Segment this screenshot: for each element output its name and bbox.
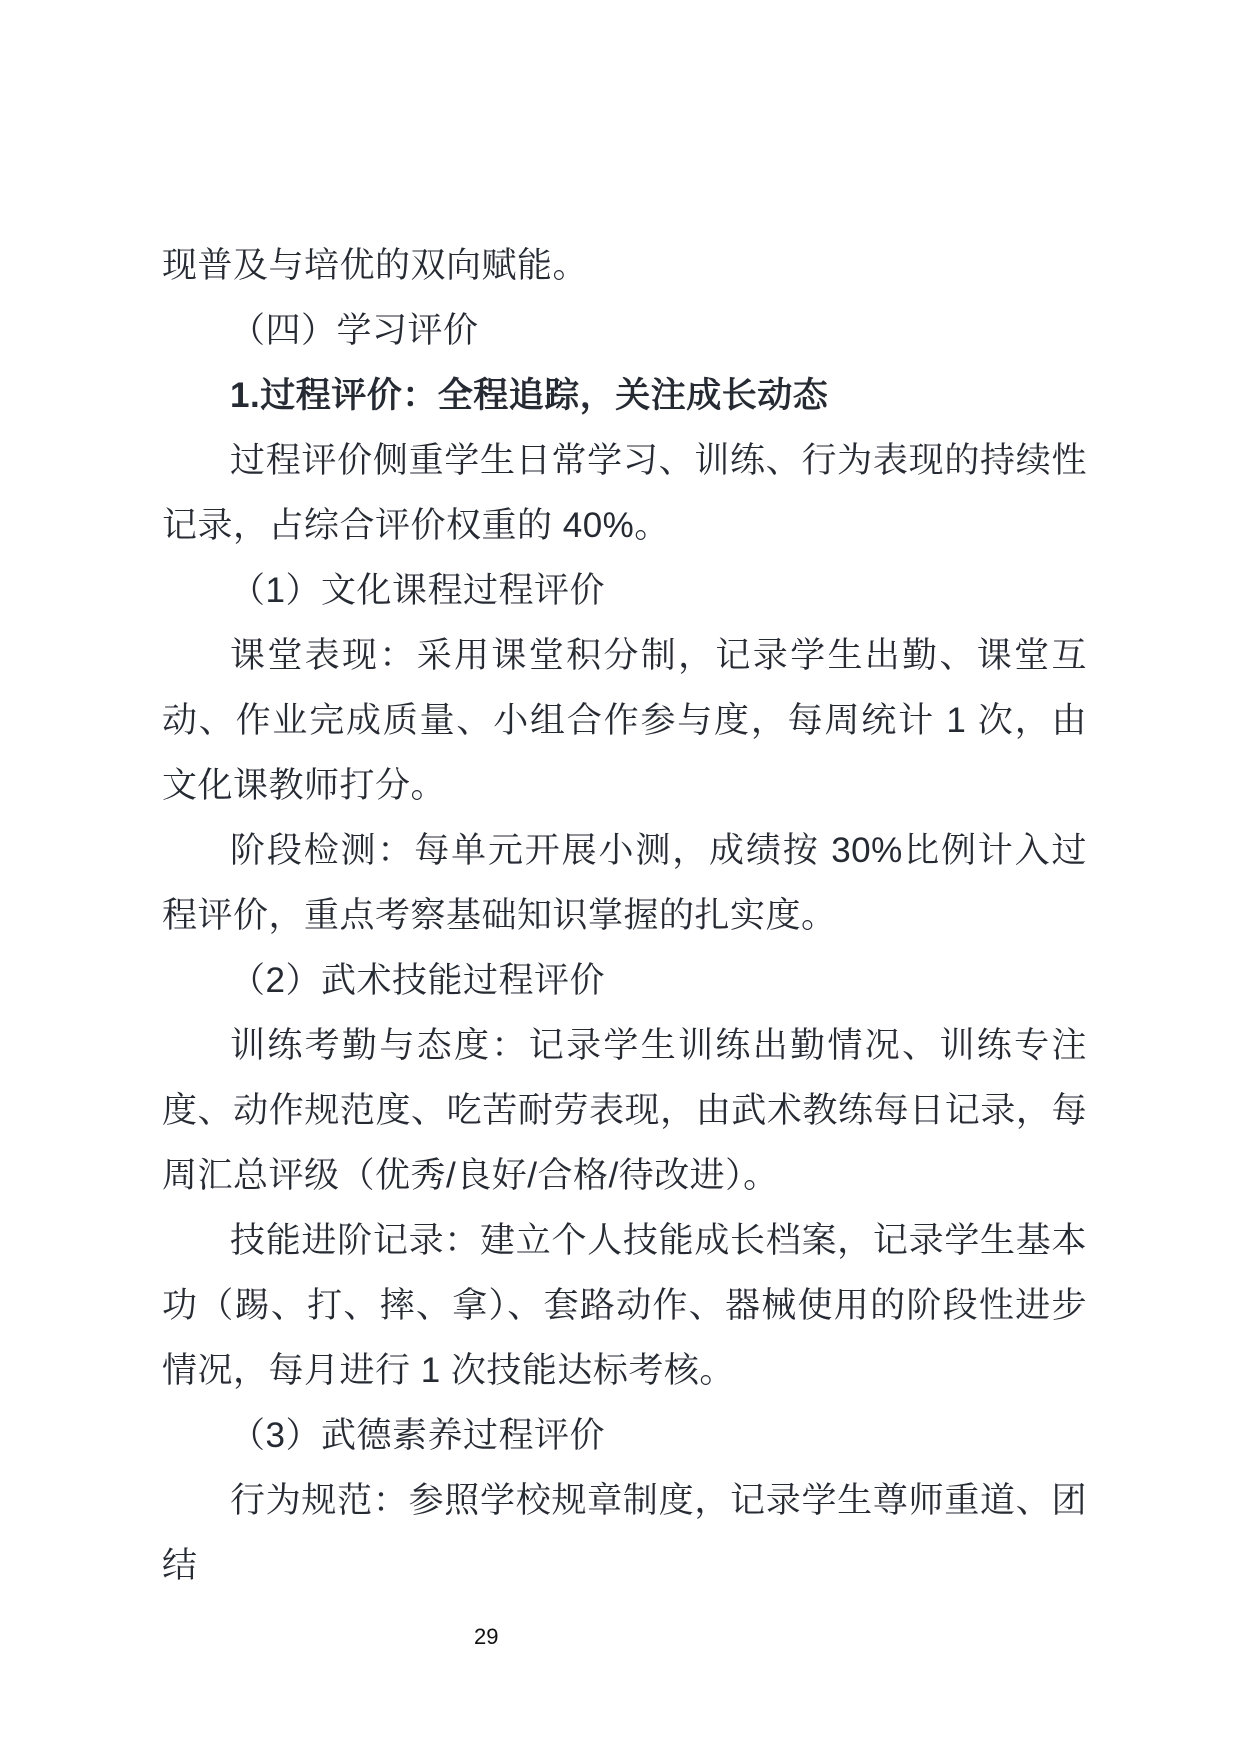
document-page: 现普及与培优的双向赋能。 （四）学习评价 1.过程评价：全程追踪，关注成长动态 …: [0, 0, 1240, 1754]
paragraph-continuation: 现普及与培优的双向赋能。: [162, 233, 1087, 298]
subheading-process-evaluation: 1.过程评价：全程追踪，关注成长动态: [162, 363, 1087, 428]
document-body: 现普及与培优的双向赋能。 （四）学习评价 1.过程评价：全程追踪，关注成长动态 …: [162, 233, 1087, 1598]
subsection-heading-wude-quality: （3）武德素养过程评价: [162, 1403, 1087, 1468]
paragraph-training-attendance: 训练考勤与态度：记录学生训练出勤情况、训练专注度、动作规范度、吃苦耐劳表现，由武…: [162, 1013, 1087, 1208]
page-number: 29: [474, 1624, 498, 1650]
paragraph-process-evaluation-overview: 过程评价侧重学生日常学习、训练、行为表现的持续性记录，占综合评价权重的 40%。: [162, 428, 1087, 558]
paragraph-stage-testing: 阶段检测：每单元开展小测，成绩按 30%比例计入过程评价，重点考察基础知识掌握的…: [162, 818, 1087, 948]
paragraph-behavior-norms: 行为规范：参照学校规章制度，记录学生尊师重道、团结: [162, 1468, 1087, 1598]
section-heading-learning-evaluation: （四）学习评价: [162, 298, 1087, 363]
subsection-heading-martial-skills: （2）武术技能过程评价: [162, 948, 1087, 1013]
paragraph-skill-progression: 技能进阶记录：建立个人技能成长档案，记录学生基本功（踢、打、摔、拿）、套路动作、…: [162, 1208, 1087, 1403]
subsection-heading-culture-course: （1）文化课程过程评价: [162, 558, 1087, 623]
paragraph-classroom-performance: 课堂表现：采用课堂积分制，记录学生出勤、课堂互动、作业完成质量、小组合作参与度，…: [162, 623, 1087, 818]
